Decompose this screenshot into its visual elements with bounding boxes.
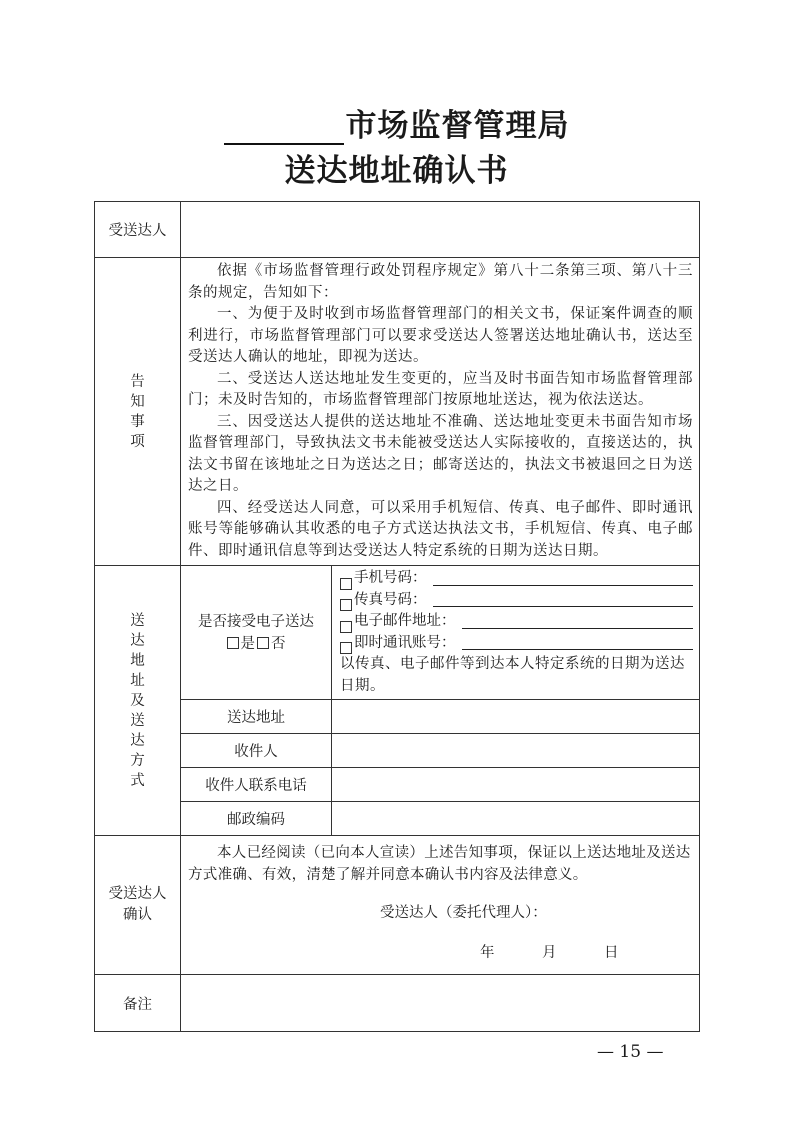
yes-checkbox[interactable] bbox=[227, 637, 239, 649]
signature-date: 年月日 bbox=[188, 942, 693, 964]
option-im: 即时通讯账号： bbox=[340, 633, 693, 655]
remarks-field[interactable] bbox=[181, 975, 700, 1032]
row-addressee-phone: 收件人联系电话 bbox=[95, 768, 700, 802]
fax-checkbox[interactable] bbox=[340, 599, 352, 611]
notice-item-4: 四、经受送达人同意，可以采用手机短信、传真、电子邮件、即时通讯账号等能够确认其收… bbox=[188, 498, 693, 563]
row-postal-code: 邮政编码 bbox=[95, 802, 700, 836]
electronic-options: 手机号码： 传真号码： 电子邮件地址： 即时通讯账号： 以传真、电子邮件等到达本… bbox=[332, 566, 700, 700]
im-account-field[interactable] bbox=[462, 635, 694, 650]
confirmation-label: 受送达人 确认 bbox=[95, 836, 181, 975]
electronic-delivery-question: 是否接受电子送达 是否 bbox=[181, 566, 332, 700]
notice-item-1: 一、为便于及时收到市场监督管理部门的相关文书，保证案件调查的顺利进行，市场监督管… bbox=[188, 304, 693, 369]
page-number: — 15 — bbox=[597, 1042, 663, 1062]
postal-code-label: 邮政编码 bbox=[181, 802, 332, 836]
fax-number-field[interactable] bbox=[433, 592, 694, 607]
mobile-number-field[interactable] bbox=[433, 571, 694, 586]
notice-item-2: 二、受送达人送达地址发生变更的，应当及时书面告知市场监督管理部门；未及时告知的，… bbox=[188, 369, 693, 412]
recipient-label: 受送达人 bbox=[95, 202, 181, 258]
signer-label: 受送达人（委托代理人）： bbox=[188, 902, 693, 924]
row-addressee: 收件人 bbox=[95, 734, 700, 768]
mobile-checkbox[interactable] bbox=[340, 578, 352, 590]
confirmation-statement: 本人已经阅读（已向本人宣读）上述告知事项，保证以上送达地址及送达方式准确、有效，… bbox=[188, 842, 693, 886]
document-title: 送达地址确认书 bbox=[0, 145, 793, 190]
addressee-label: 收件人 bbox=[181, 734, 332, 768]
row-notice: 告 知 事 项 依据《市场监督管理行政处罚程序规定》第八十二条第三项、第八十三条… bbox=[95, 258, 700, 566]
option-email: 电子邮件地址： bbox=[340, 611, 693, 633]
notice-label: 告 知 事 项 bbox=[95, 258, 181, 566]
option-fax: 传真号码： bbox=[340, 590, 693, 612]
row-remarks: 备注 bbox=[95, 975, 700, 1032]
addressee-phone-field[interactable] bbox=[332, 768, 700, 802]
delivery-address-label: 送达地址 bbox=[181, 700, 332, 734]
email-checkbox[interactable] bbox=[340, 621, 352, 633]
date-month: 月 bbox=[542, 942, 604, 964]
delivery-address-field[interactable] bbox=[332, 700, 700, 734]
row-electronic-delivery: 送 达 地 址 及 送 达 方 式 是否接受电子送达 是否 手机号码： 传真号码… bbox=[95, 566, 700, 700]
row-recipient: 受送达人 bbox=[95, 202, 700, 258]
delivery-method-label: 送 达 地 址 及 送 达 方 式 bbox=[95, 566, 181, 836]
remarks-label: 备注 bbox=[95, 975, 181, 1032]
confirmation-content: 本人已经阅读（已向本人宣读）上述告知事项，保证以上送达地址及送达方式准确、有效，… bbox=[181, 836, 700, 975]
im-checkbox[interactable] bbox=[340, 642, 352, 654]
row-delivery-address: 送达地址 bbox=[95, 700, 700, 734]
no-checkbox[interactable] bbox=[257, 637, 269, 649]
agency-name-blank[interactable] bbox=[224, 113, 344, 145]
email-address-field[interactable] bbox=[462, 614, 694, 629]
option-mobile: 手机号码： bbox=[340, 568, 693, 590]
recipient-field[interactable] bbox=[181, 202, 700, 258]
agency-suffix: 市场监督管理局 bbox=[346, 108, 570, 144]
postal-code-field[interactable] bbox=[332, 802, 700, 836]
electronic-note: 以传真、电子邮件等到达本人特定系统的日期为送达日期。 bbox=[340, 654, 693, 697]
notice-item-3: 三、因受送达人提供的送达地址不准确、送达地址变更未书面告知市场监督管理部门，导致… bbox=[188, 412, 693, 498]
date-day: 日 bbox=[604, 942, 666, 964]
addressee-field[interactable] bbox=[332, 734, 700, 768]
addressee-phone-label: 收件人联系电话 bbox=[181, 768, 332, 802]
date-year: 年 bbox=[480, 942, 542, 964]
row-confirmation: 受送达人 确认 本人已经阅读（已向本人宣读）上述告知事项，保证以上送达地址及送达… bbox=[95, 836, 700, 975]
confirmation-form-table: 受送达人 告 知 事 项 依据《市场监督管理行政处罚程序规定》第八十二条第三项、… bbox=[94, 201, 700, 1032]
notice-intro: 依据《市场监督管理行政处罚程序规定》第八十二条第三项、第八十三条的规定，告知如下… bbox=[188, 261, 693, 304]
notice-content: 依据《市场监督管理行政处罚程序规定》第八十二条第三项、第八十三条的规定，告知如下… bbox=[181, 258, 700, 566]
agency-title: 市场监督管理局 bbox=[0, 100, 793, 145]
